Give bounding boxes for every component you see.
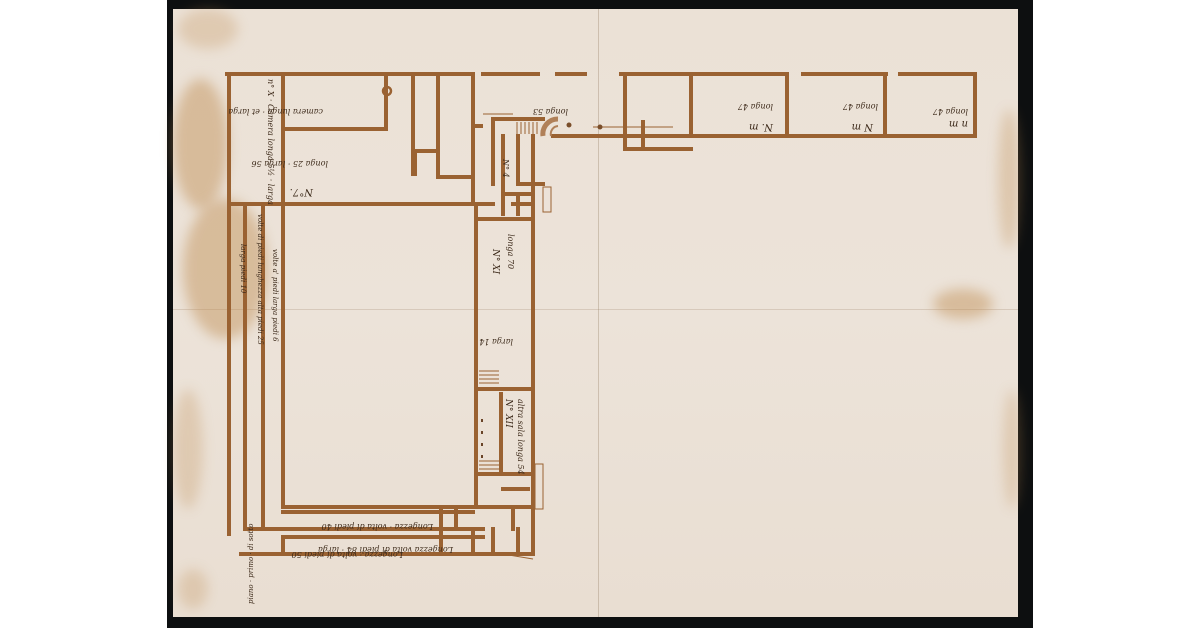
label-south-corridor-1: Longezza · volta di piedi 40 xyxy=(322,522,434,531)
label-room-n4: N° 4 xyxy=(501,158,510,178)
label-west-corridor-2: volte di piedi lunghezza alta piedi 25 xyxy=(256,214,264,345)
label-central-room: longa 25 · larga 56 xyxy=(251,159,328,168)
manuscript-sheet: camera lunga · et larga longa 25 · larga… xyxy=(173,9,1018,617)
label-north-wing-1: longa 47 xyxy=(737,102,773,111)
label-room-nxii: N° XII xyxy=(503,398,513,428)
label-north-wing-2: longa 47 xyxy=(842,102,878,111)
label-room-nm2: N m xyxy=(852,121,874,132)
label-bottom-margin: piano · primo · di sotto xyxy=(247,524,255,604)
label-north-stair: longa 53 xyxy=(533,107,568,116)
label-west-corridor-1: volte a' piedi larga piedi 6 xyxy=(271,249,279,342)
label-east-lower: altra sala longa 54 xyxy=(516,399,525,475)
label-south-corridor-3: Longezza · volta di piedi 50 xyxy=(292,550,404,559)
label-west-room: n° X · Camera longa 5½ · larga xyxy=(266,79,275,205)
floor-plan: camera lunga · et larga longa 25 · larga… xyxy=(173,9,1018,617)
label-east-corridor-1: longa 70 xyxy=(506,234,515,269)
label-room-nm1: N. m xyxy=(749,121,774,132)
label-north-wing-3: longa 47 xyxy=(932,107,968,116)
label-room-nxi: N° XI xyxy=(490,248,500,275)
label-n7: N°7. xyxy=(290,186,314,197)
label-room-nm3: n m xyxy=(949,118,968,129)
label-east-corridor-2: larga 14 xyxy=(479,337,513,346)
label-west-corridor-3: larga piedi 10 xyxy=(239,244,247,294)
